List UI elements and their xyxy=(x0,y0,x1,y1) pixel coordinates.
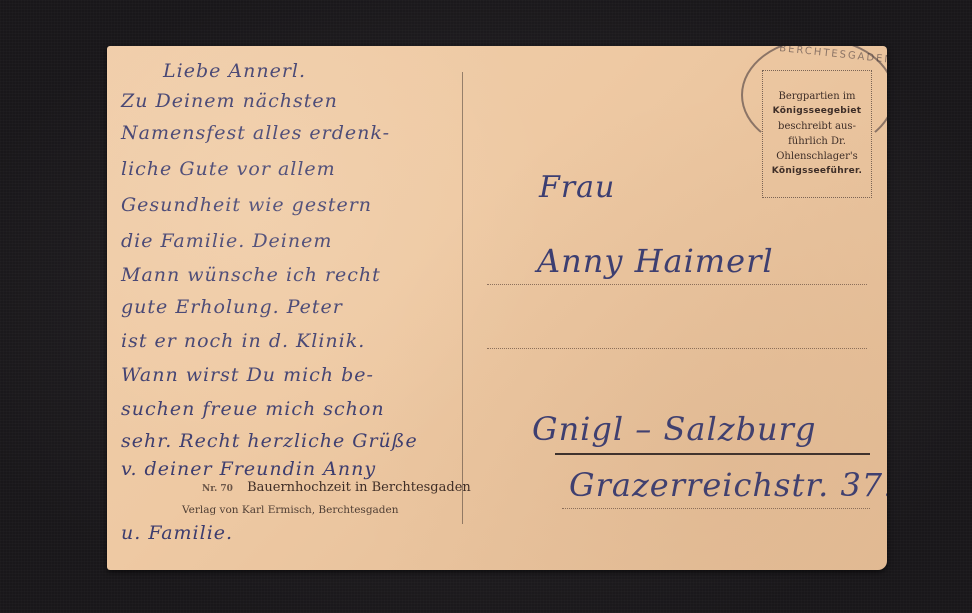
message-line: die Familie. Deinem xyxy=(121,230,332,252)
stamp-box-line: Königsseegebiet xyxy=(773,104,862,119)
address-dotted-line xyxy=(562,508,870,509)
message-line: u. Familie. xyxy=(121,522,233,544)
address-name: Anny Haimerl xyxy=(537,242,774,280)
stamp-box-line: führlich Dr. xyxy=(788,134,846,149)
message-line: Mann wünsche ich recht xyxy=(121,264,381,286)
center-divider-line xyxy=(462,72,463,524)
message-line: Liebe Annerl. xyxy=(163,60,306,82)
printed-caption: Nr. 70 Bauernhochzeit in Berchtesgaden xyxy=(202,480,471,495)
stamp-box: Bergpartien im Königsseegebiet beschreib… xyxy=(762,70,872,198)
stamp-box-line: Königsseeführer. xyxy=(772,164,863,179)
stamp-box-line: Bergpartien im xyxy=(778,89,855,104)
message-line: sehr. Recht herzliche Grüße xyxy=(121,430,418,452)
message-line: Namensfest alles erdenk- xyxy=(121,122,390,144)
caption-number: Nr. 70 xyxy=(202,484,233,494)
address-city: Gnigl – Salzburg xyxy=(532,410,816,448)
address-salutation: Frau xyxy=(539,170,615,205)
address-street: Grazerreichstr. 37. xyxy=(569,466,887,504)
message-line: Wann wirst Du mich be- xyxy=(121,364,374,386)
stamp-box-line: beschreibt aus- xyxy=(778,119,856,134)
message-line: v. deiner Freundin Anny xyxy=(121,458,376,480)
address-dotted-line xyxy=(487,284,867,285)
stamp-box-line: Ohlenschlager's xyxy=(776,149,858,164)
message-line: ist er noch in d. Klinik. xyxy=(121,330,365,352)
message-line: liche Gute vor allem xyxy=(121,158,336,180)
message-line: Zu Deinem nächsten xyxy=(121,90,338,112)
caption-publisher: Verlag von Karl Ermisch, Berchtesgaden xyxy=(182,504,399,516)
postcard: Liebe Annerl. Zu Deinem nächsten Namensf… xyxy=(107,46,887,570)
message-line: suchen freue mich schon xyxy=(121,398,385,420)
address-dotted-line xyxy=(487,348,867,349)
message-line: Gesundheit wie gestern xyxy=(121,194,372,216)
caption-title: Bauernhochzeit in Berchtesgaden xyxy=(247,480,471,495)
message-line: gute Erholung. Peter xyxy=(121,296,343,318)
city-underline xyxy=(555,453,870,455)
